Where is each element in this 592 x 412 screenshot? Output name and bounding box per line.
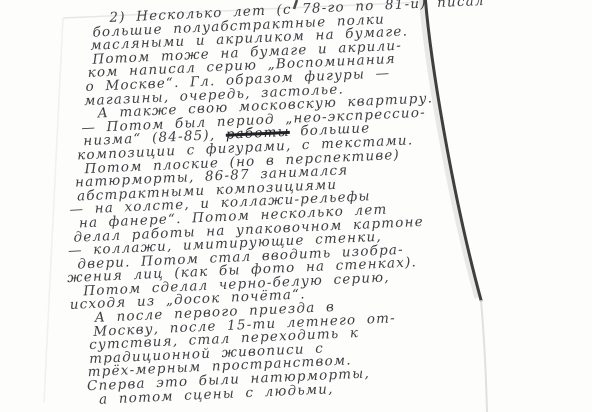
paper-right-edge-lower	[481, 300, 487, 412]
handwritten-text-block: 2) Несколько лет (с 78-го по 81-й) писал…	[55, 0, 476, 408]
photographed-handwritten-page: 2) Несколько лет (с 78-го по 81-й) писал…	[0, 0, 592, 412]
